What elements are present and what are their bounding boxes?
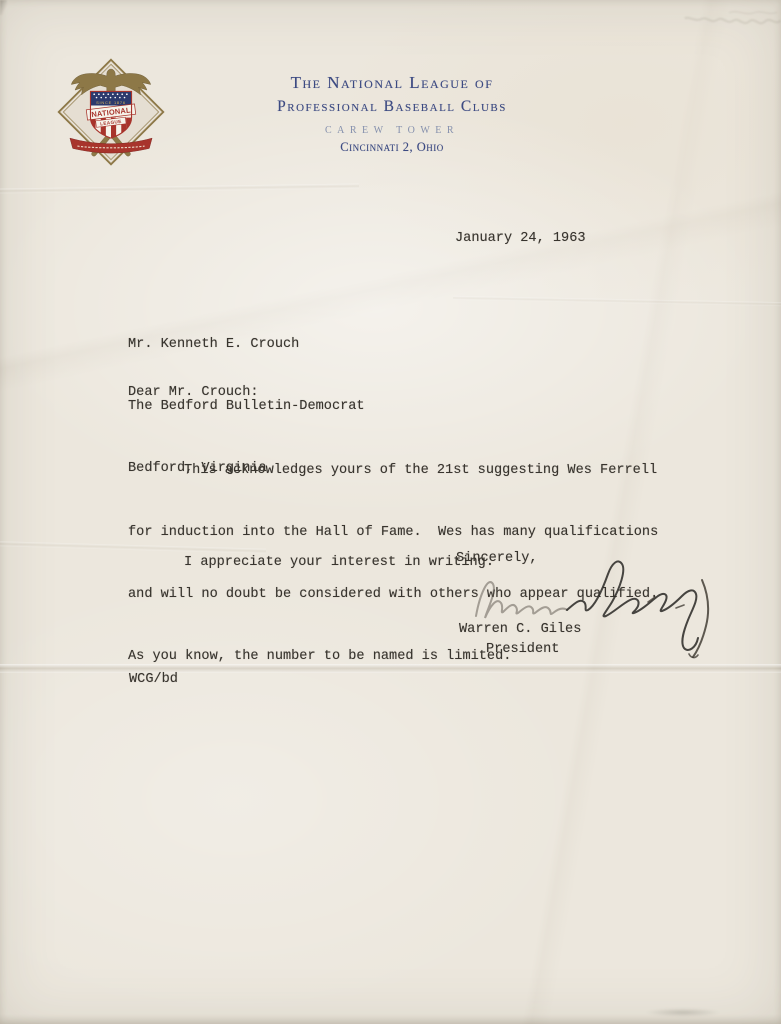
reference-initials: WCG/bd [129,670,178,691]
letterhead: The National League of Professional Base… [226,72,558,155]
bleedthrough-mark [680,0,781,33]
logo-arc-text: SINCE 1876 [96,100,126,105]
scan-edge-shadow [0,1014,781,1024]
letter-date: January 24, 1963 [455,229,586,250]
recipient-name: Mr. Kenneth E. Crouch [128,335,365,356]
letterhead-org-name-line2: Professional Baseball Clubs [226,97,558,116]
salutation: Dear Mr. Crouch: [128,383,259,404]
signer-title: President [486,640,559,661]
signer-name: Warren C. Giles [459,620,581,641]
letterhead-org-name: The National League of [226,72,558,94]
letterhead-address-building: CAREW TOWER [226,125,558,137]
paper-crease [0,183,359,193]
letterhead-address-city: Cincinnati 2, Ohio [226,140,558,155]
paper-crease [453,296,781,306]
national-league-crest-logo: SINCE 1876 NATIONAL LEAGUE [55,56,167,168]
letter-page: SINCE 1876 NATIONAL LEAGUE The National [0,0,781,1024]
scan-corner-mark [0,0,7,15]
body-line: This acknowledges yours of the 21st sugg… [128,461,658,482]
